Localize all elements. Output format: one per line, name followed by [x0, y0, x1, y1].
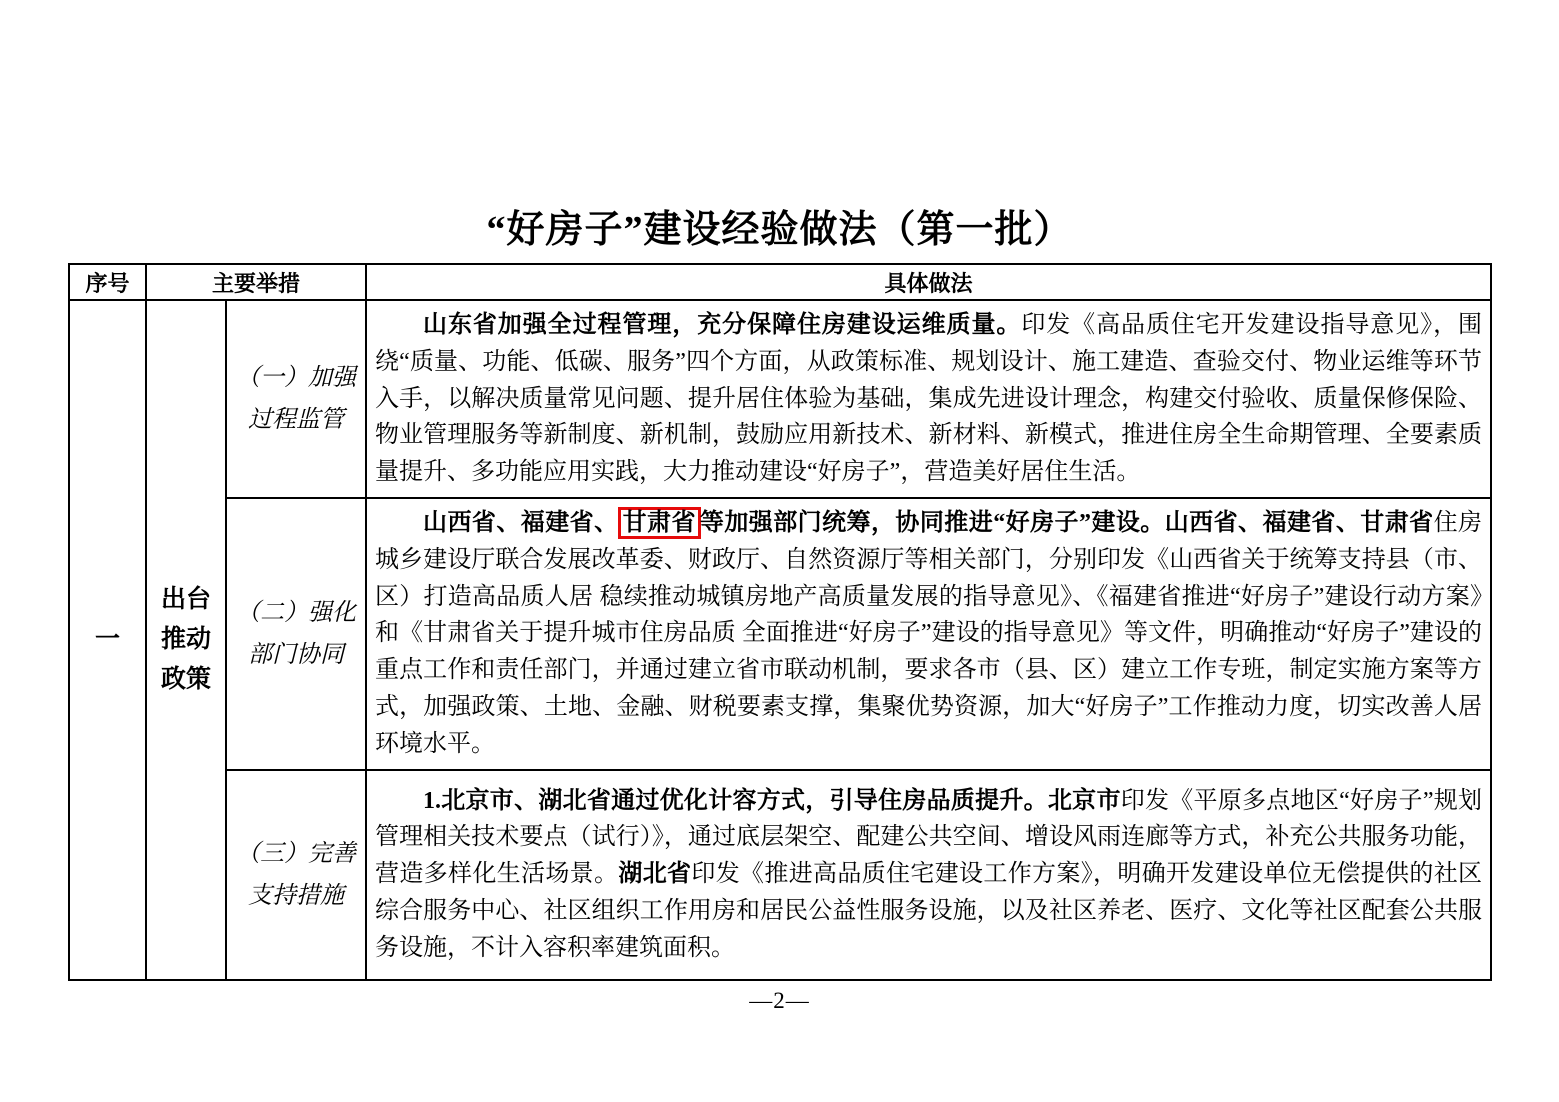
- sub-measure-cell-2: （二）强化部门协同: [226, 498, 366, 770]
- row-index-value: 一: [83, 620, 133, 660]
- sub-measure-label-1: （一）加强过程监管: [232, 357, 360, 441]
- table-header-row: 序号 主要举措 具体做法: [69, 264, 1491, 300]
- row-index-cell: 一: [69, 300, 146, 980]
- practice-cell-3: 1.北京市、湖北省通过优化计容方式，引导住房品质提升。北京市印发《平原多点地区“…: [366, 770, 1491, 980]
- sub-measure-cell-1: （一）加强过程监管: [226, 300, 366, 498]
- practice-cell-2: 山西省、福建省、甘肃省等加强部门统筹，协同推进“好房子”建设。山西省、福建省、甘…: [366, 498, 1491, 770]
- practices-table: 序号 主要举措 具体做法 一 出台推动政策 （一）加强过程监管 山东省加强全过程…: [68, 263, 1492, 981]
- practice-text-3: 1.北京市、湖北省通过优化计容方式，引导住房品质提升。北京市印发《平原多点地区“…: [375, 783, 1482, 967]
- page-number: —2—: [0, 988, 1559, 1014]
- column-header-measures: 主要举措: [146, 264, 366, 300]
- table-row-1: 一 出台推动政策 （一）加强过程监管 山东省加强全过程管理，充分保障住房建设运维…: [69, 300, 1491, 498]
- page-title: “好房子”建设经验做法（第一批）: [0, 0, 1559, 253]
- sub-measure-label-2: （二）强化部门协同: [232, 592, 360, 676]
- practice-text-1: 山东省加强全过程管理，充分保障住房建设运维质量。印发《高品质住宅开发建设指导意见…: [375, 307, 1482, 491]
- highlight-annotation-box: 甘肃省: [618, 507, 701, 539]
- table-row-3: （三）完善支持措施 1.北京市、湖北省通过优化计容方式，引导住房品质提升。北京市…: [69, 770, 1491, 980]
- document-page: “好房子”建设经验做法（第一批） 序号 主要举措 具体做法 一 出台推动政策 （…: [0, 0, 1559, 981]
- sub-measure-label-3: （三）完善支持措施: [232, 833, 360, 917]
- column-header-index: 序号: [69, 264, 146, 300]
- main-measure-cell: 出台推动政策: [146, 300, 226, 980]
- practice-cell-1: 山东省加强全过程管理，充分保障住房建设运维质量。印发《高品质住宅开发建设指导意见…: [366, 300, 1491, 498]
- practice-text-2: 山西省、福建省、甘肃省等加强部门统筹，协同推进“好房子”建设。山西省、福建省、甘…: [375, 505, 1482, 763]
- column-header-practices: 具体做法: [366, 264, 1491, 300]
- sub-measure-cell-3: （三）完善支持措施: [226, 770, 366, 980]
- main-measure-value: 出台推动政策: [161, 580, 211, 700]
- table-row-2: （二）强化部门协同 山西省、福建省、甘肃省等加强部门统筹，协同推进“好房子”建设…: [69, 498, 1491, 770]
